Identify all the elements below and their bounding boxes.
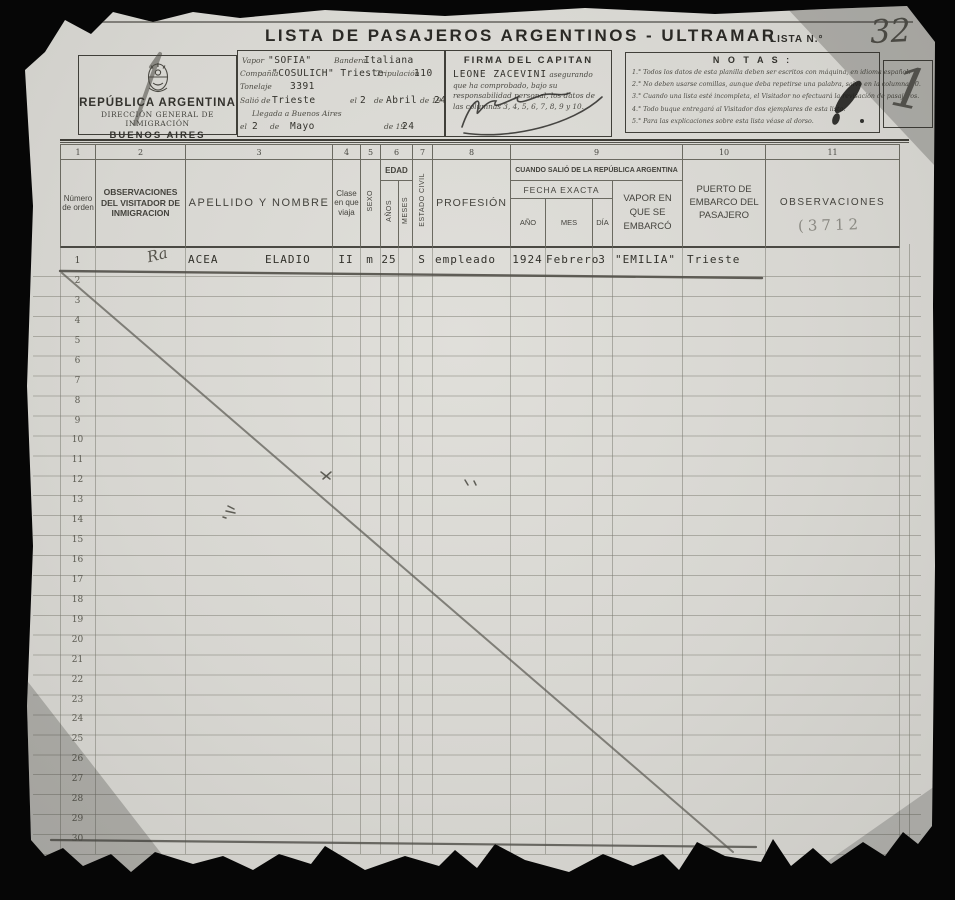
row1-clase: II	[332, 253, 360, 266]
notas-list: 1.° Todos los datos de esta planilla deb…	[626, 67, 879, 128]
header-anos: AÑOS	[381, 181, 399, 247]
row1-vapor: "EMILIA"	[615, 253, 676, 266]
header-anos-label: AÑOS	[386, 200, 393, 222]
row-number: 6	[60, 356, 95, 376]
row-number: 25	[60, 734, 95, 754]
row-number: 4	[60, 316, 95, 336]
llegada-label: Llegada a Buenos Aires	[252, 109, 342, 118]
compania-value: "COSULICH" Trieste	[272, 68, 384, 79]
org-department: DIRECCIÓN GENERAL DE INMIGRACIÓN	[79, 110, 236, 128]
header-apellido-nombre: APELLIDO Y NOMBRE	[186, 160, 333, 247]
org-country: REPÚBLICA ARGENTINA	[79, 97, 236, 109]
row1-visitador-mark: Ra	[145, 244, 169, 266]
row-number: 9	[60, 416, 95, 436]
row1-apellido: ACEA	[188, 253, 219, 266]
table-vertical-line	[592, 244, 593, 854]
row1-dia: 3	[592, 253, 612, 266]
row-number: 27	[60, 774, 95, 794]
corner-shadow-bottom-left	[25, 678, 185, 884]
col-number: 5	[361, 145, 381, 160]
bandera-value: Italiana	[364, 55, 414, 66]
row-number: 5	[60, 336, 95, 356]
row1-profesion: empleado	[435, 253, 496, 266]
lista-number-label: LISTA N.°	[770, 34, 824, 45]
nota-item: 1.° Todos los datos de esta planilla deb…	[632, 67, 879, 79]
header-ano: AÑO	[511, 199, 546, 247]
col-number: 3	[186, 145, 333, 160]
header-numero: Número de orden	[61, 160, 96, 247]
page-title: LISTA DE PASAJEROS ARGENTINOS - ULTRAMAR	[265, 26, 705, 46]
row-number: 17	[60, 575, 95, 595]
captain-box: FIRMA DEL CAPITAN LEONE ZACEVINI asegura…	[445, 50, 612, 137]
nota-item: 4.° Todo buque entregará al Visitador do…	[632, 104, 879, 116]
bandera-label: Bandera	[334, 56, 366, 65]
col-number: 10	[683, 145, 766, 160]
table-vertical-line	[612, 244, 613, 854]
vapor-value: "SOFIA"	[268, 55, 312, 66]
col-number: 4	[333, 145, 361, 160]
header-fecha-exacta: FECHA EXACTA	[511, 181, 613, 199]
row-number: 15	[60, 535, 95, 555]
llegada-mes: Mayo	[290, 121, 315, 132]
corner-mark-box: 1	[883, 60, 933, 128]
stamp-number: (3712	[798, 215, 862, 235]
row1-puerto: Trieste	[687, 253, 740, 266]
header-sexo: SEXO	[361, 160, 381, 247]
notas-box: N O T A S : 1.° Todos los datos de esta …	[625, 52, 880, 133]
header-sexo-label: SEXO	[367, 190, 374, 211]
header-meses-label: MESES	[402, 197, 409, 224]
row-number: 2	[60, 276, 95, 296]
table-vertical-line	[398, 244, 399, 854]
col-number: 9	[511, 145, 683, 160]
nota-item: 5.° Para las explicaciones sobre esta li…	[632, 116, 879, 128]
row-number: 14	[60, 515, 95, 535]
col-number: 6	[381, 145, 413, 160]
document-page: LISTA DE PASAJEROS ARGENTINOS - ULTRAMAR…	[25, 6, 935, 884]
row-number: 11	[60, 455, 95, 475]
table-vertical-line	[432, 244, 433, 854]
de-label: de	[374, 96, 383, 105]
tonelaje-value: 3391	[290, 81, 315, 92]
header-cuando-salio: CUANDO SALIÓ DE LA REPÚBLICA ARGENTINA	[511, 160, 683, 181]
tonelaje-label: Tonelaje	[240, 82, 272, 91]
header-puerto-embarco: PUERTO DE EMBARCO DEL PASAJERO	[683, 160, 766, 247]
llegada-dia: 2	[252, 121, 258, 132]
de-label-2: de	[270, 122, 279, 131]
header-clase: Clase en que viaja	[333, 160, 361, 247]
nota-item: 3.° Cuando una lista esté incompleta, el…	[632, 91, 879, 103]
row-number: 7	[60, 376, 95, 396]
row1-estado-civil: S	[412, 253, 432, 266]
table-vertical-line	[360, 244, 361, 854]
row-number: 30	[60, 834, 95, 854]
row-number: 20	[60, 635, 95, 655]
row-number: 13	[60, 495, 95, 515]
lista-number-handwritten: 32	[869, 11, 912, 51]
table-vertical-line	[682, 244, 683, 854]
vapor-label: Vapor	[242, 56, 264, 65]
tripulacion-value: 110	[414, 68, 433, 79]
top-rule	[77, 21, 913, 23]
row-number: 19	[60, 615, 95, 635]
header-dia: DÍA	[593, 199, 613, 247]
row-number: 8	[60, 396, 95, 416]
header-double-rule	[60, 139, 909, 143]
el-label-2: el	[240, 122, 247, 131]
el-label: el	[350, 96, 357, 105]
table-vertical-line	[185, 244, 186, 854]
table-vertical-line	[412, 244, 413, 854]
corner-shadow-bottom-right	[795, 786, 935, 884]
row-number: 26	[60, 754, 95, 774]
row-number: 23	[60, 695, 95, 715]
table-vertical-line	[765, 244, 766, 854]
salio-label: Salió de	[240, 96, 271, 105]
table-vertical-line	[545, 244, 546, 854]
table-vertical-line	[899, 244, 900, 854]
header-profesion: PROFESIÓN	[433, 160, 511, 247]
captain-box-title: FIRMA DEL CAPITAN	[446, 55, 611, 66]
row1-ano: 1924	[510, 253, 545, 266]
header-vapor-embarco: VAPOR EN QUE SE EMBARCÓ	[613, 181, 683, 247]
row1-nombre: ELADIO	[265, 253, 311, 266]
col-number: 1	[61, 145, 96, 160]
org-box: REPÚBLICA ARGENTINA DIRECCIÓN GENERAL DE…	[78, 55, 237, 135]
row-number: 12	[60, 475, 95, 495]
row-number: 22	[60, 675, 95, 695]
row1-anos: 25	[380, 253, 398, 266]
row-number: 10	[60, 435, 95, 455]
salio-mes: Abril	[386, 95, 417, 106]
tripulacion-label: Tripulación	[376, 69, 419, 78]
column-number-row: 1 2 3 4 5 6 7 8 9 10 11	[61, 145, 900, 160]
row-number: 21	[60, 655, 95, 675]
ledger-lines	[33, 276, 921, 876]
nota-item: 2.° No deben usarse comillas, aunque deb…	[632, 79, 879, 91]
row-number: 29	[60, 814, 95, 834]
passenger-table-header: 1 2 3 4 5 6 7 8 9 10 11 Número de orden …	[60, 144, 900, 248]
ship-info-box: Vapor "SOFIA" Bandera Italiana Compañía …	[237, 50, 445, 137]
table-vertical-line	[380, 244, 381, 854]
header-observaciones-visitador: OBSERVACIONES DEL VISITADOR DE INMIGRACI…	[96, 160, 186, 247]
col-number: 8	[433, 145, 511, 160]
row-number: 24	[60, 714, 95, 734]
table-vertical-line	[95, 244, 96, 854]
row1-sexo: m	[360, 253, 380, 266]
llegada-ano: 24	[402, 121, 414, 132]
col-number: 7	[413, 145, 433, 160]
row-number: 3	[60, 296, 95, 316]
salio-dia: 2	[360, 95, 366, 106]
table-vertical-line	[332, 244, 333, 854]
col-number: 2	[96, 145, 186, 160]
salio-puerto: Trieste	[272, 95, 316, 106]
table-vertical-line	[510, 244, 511, 854]
notas-title: N O T A S :	[626, 55, 879, 65]
header-mes: MES	[546, 199, 593, 247]
table-vertical-line	[909, 244, 910, 854]
photo-background: { "page": { "title": "LISTA DE PASAJEROS…	[0, 0, 955, 900]
col-number: 11	[766, 145, 900, 160]
header-estado-civil-label: ESTADO CIVIL	[419, 173, 426, 227]
row-number: 16	[60, 555, 95, 575]
header-estado-civil: ESTADO CIVIL	[413, 160, 433, 247]
row-number: 28	[60, 794, 95, 814]
row1-numero: 1	[60, 255, 95, 266]
header-edad: EDAD	[381, 160, 413, 181]
captain-name: LEONE ZACEVINI	[453, 69, 547, 80]
row-number: 18	[60, 595, 95, 615]
captain-statement: LEONE ZACEVINI asegurando que ha comprob…	[453, 69, 607, 112]
corner-mark-handwritten: 1	[886, 54, 934, 125]
coat-of-arms-icon	[144, 59, 172, 95]
header-meses: MESES	[399, 181, 413, 247]
